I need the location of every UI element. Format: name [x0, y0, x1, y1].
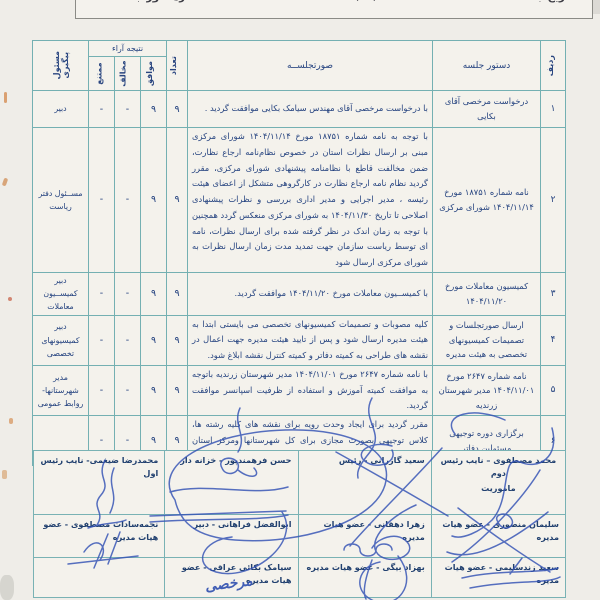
- agenda-cell: کمیسیون معاملات مورخ ۱۴۰۴/۱۱/۲۰: [433, 272, 541, 315]
- oppose-cell: -: [115, 91, 141, 128]
- responsible-cell: دبیر کمیســیون معاملات: [33, 272, 89, 315]
- signature-cell-gazerani: سعید گازرانی - رئیس: [298, 451, 431, 515]
- signature-cell-farahmandpour: حسن فرهمندپور - خزانه دار: [165, 451, 298, 515]
- minutes-cell: کلیه مصوبات و تصمیمات کمیسیونهای تخصصی م…: [188, 315, 433, 365]
- signature-row: محمد مصطفوی – نایب رئیس دوم ماموریت سعید…: [34, 451, 566, 515]
- count-cell: ۹: [167, 91, 188, 128]
- scanned-meeting-minutes-page: { "colors": { "table_border": "#74b0b2",…: [0, 0, 600, 600]
- signature-row: سلیمان منصوری - عضو هیات مدیره زهرا دهقا…: [34, 515, 566, 558]
- row-number: ۵: [541, 365, 566, 415]
- signature-cell-empty: [34, 558, 165, 598]
- scan-artifact: [0, 575, 14, 600]
- responsible-cell: مســئول دفتر ریاست: [33, 128, 89, 273]
- signature-cell-dehghani: زهرا دهقانی - عضو هیات مدیره: [298, 515, 431, 558]
- table-row: ۲ نامه شماره ۱۸۷۵۱ مورخ ۱۴۰۴/۱۱/۱۴ شورای…: [33, 128, 566, 273]
- row-number: ۲: [541, 128, 566, 273]
- agenda-cell: ارسال صورتجلسات و تصمیمات کمیسیونهای تخص…: [433, 315, 541, 365]
- meeting-date-label: تاریخ جلسه: [515, 0, 573, 3]
- signature-cell-bakaei: سیامک بکائی عراقی - عضو هیات مدیره مرخصی: [165, 558, 298, 598]
- abstain-cell: -: [89, 91, 115, 128]
- signature-table: محمد مصطفوی – نایب رئیس دوم ماموریت سعید…: [33, 450, 566, 598]
- responsible-cell: مدیر شهرستانها- روابط عمومی: [33, 365, 89, 415]
- header-minutes: صورتجلســه: [188, 41, 433, 91]
- table-row: ۵ نامه شماره ۲۶۴۷ مورخ ۱۴۰۴/۱۱/۰۱ مدیر ش…: [33, 365, 566, 415]
- signature-cell-mostafavi: محمد مصطفوی – نایب رئیس دوم ماموریت: [431, 451, 565, 515]
- count-cell: ۹: [167, 315, 188, 365]
- header-abstain: ممتنع: [89, 57, 115, 91]
- header-count: تعداد: [167, 41, 188, 91]
- signature-cell-zeighami: محمدرضا ضیغمی- نایب رئیس اول: [34, 451, 165, 515]
- oppose-cell: -: [115, 128, 141, 273]
- count-cell: ۹: [167, 272, 188, 315]
- minutes-number-label: شماره صورتجلسه :۸۸: [93, 0, 207, 3]
- count-cell: ۹: [167, 365, 188, 415]
- table-row: ۱ درخواست مرخصی آقای بکایی با درخواست مر…: [33, 91, 566, 128]
- header-oppose: مخالف: [115, 57, 141, 91]
- scan-artifact: [2, 178, 8, 187]
- responsible-cell: دبیر کمیسیونهای تخصصی: [33, 315, 89, 365]
- oppose-cell: -: [115, 315, 141, 365]
- row-number: ۱: [541, 91, 566, 128]
- document-header-line: تاریخ جلسه ۱۴۰۴/۱۱/۲۱ شماره صورتجلسه :۸۸: [75, 0, 591, 7]
- agree-cell: ۹: [141, 365, 167, 415]
- scan-artifact: [4, 92, 7, 103]
- scan-artifact: [2, 470, 7, 479]
- oppose-cell: -: [115, 365, 141, 415]
- agenda-cell: نامه شماره ۱۸۷۵۱ مورخ ۱۴۰۴/۱۱/۱۴ شورای م…: [433, 128, 541, 273]
- agenda-cell: نامه شماره ۲۶۴۷ مورخ ۱۴۰۴/۱۱/۰۱ مدیر شهر…: [433, 365, 541, 415]
- agree-cell: ۹: [141, 272, 167, 315]
- table-row: ۳ کمیسیون معاملات مورخ ۱۴۰۴/۱۱/۲۰ با کمی…: [33, 272, 566, 315]
- minutes-cell: با نامه شماره ۲۶۴۷ مورخ ۱۴۰۴/۱۱/۰۱ مدیر …: [188, 365, 433, 415]
- scan-artifact: [9, 418, 13, 424]
- header-responsible: مسئول پیگیری: [33, 41, 89, 91]
- signature-cell-najmeh-mostafavi: نجمه‌سادات مصطفوی - عضو هیات مدیره: [34, 515, 165, 558]
- minutes-cell: با کمیســیون معاملات مورخ ۱۴۰۴/۱۱/۲۰ موا…: [188, 272, 433, 315]
- header-vote-result: نتیجه آراء: [89, 41, 167, 57]
- oppose-cell: -: [115, 272, 141, 315]
- signature-cell-zandsalimi: سعید زندسلیمی - عضو هیات مدیره: [431, 558, 565, 598]
- minutes-cell: با توجه به نامه شماره ۱۸۷۵۱ مورخ ۱۴۰۴/۱۱…: [188, 128, 433, 273]
- agree-cell: ۹: [141, 315, 167, 365]
- minutes-table: ردیف دستور جلسه صورتجلســه تعداد نتیجه آ…: [32, 40, 566, 466]
- signature-row: سعید زندسلیمی - عضو هیات مدیره بهزاد بیگ…: [34, 558, 566, 598]
- header-agree: موافق: [141, 57, 167, 91]
- header-row-number: ردیف: [541, 41, 566, 91]
- row-number: ۴: [541, 315, 566, 365]
- minutes-cell: با درخواست مرخصی آقای مهندس سیامک بکایی …: [188, 91, 433, 128]
- row-number: ۳: [541, 272, 566, 315]
- abstain-cell: -: [89, 315, 115, 365]
- signature-cell-beigi: بهزاد بیگی - عضو هیات مدیره: [298, 558, 431, 598]
- responsible-cell: دبیر: [33, 91, 89, 128]
- signature-cell-farahani: ابوالفضل فراهانی - دبیر: [165, 515, 298, 558]
- agree-cell: ۹: [141, 91, 167, 128]
- agenda-cell: درخواست مرخصی آقای بکایی: [433, 91, 541, 128]
- count-cell: ۹: [167, 128, 188, 273]
- table-row: ۴ ارسال صورتجلسات و تصمیمات کمیسیونهای ت…: [33, 315, 566, 365]
- abstain-cell: -: [89, 128, 115, 273]
- signature-cell-mansouri: سلیمان منصوری - عضو هیات مدیره: [431, 515, 565, 558]
- meeting-date-value: ۱۴۰۴/۱۱/۲۱: [331, 0, 390, 3]
- agree-cell: ۹: [141, 128, 167, 273]
- header-agenda: دستور جلسه: [433, 41, 541, 91]
- abstain-cell: -: [89, 272, 115, 315]
- scan-artifact: [8, 297, 12, 301]
- abstain-cell: -: [89, 365, 115, 415]
